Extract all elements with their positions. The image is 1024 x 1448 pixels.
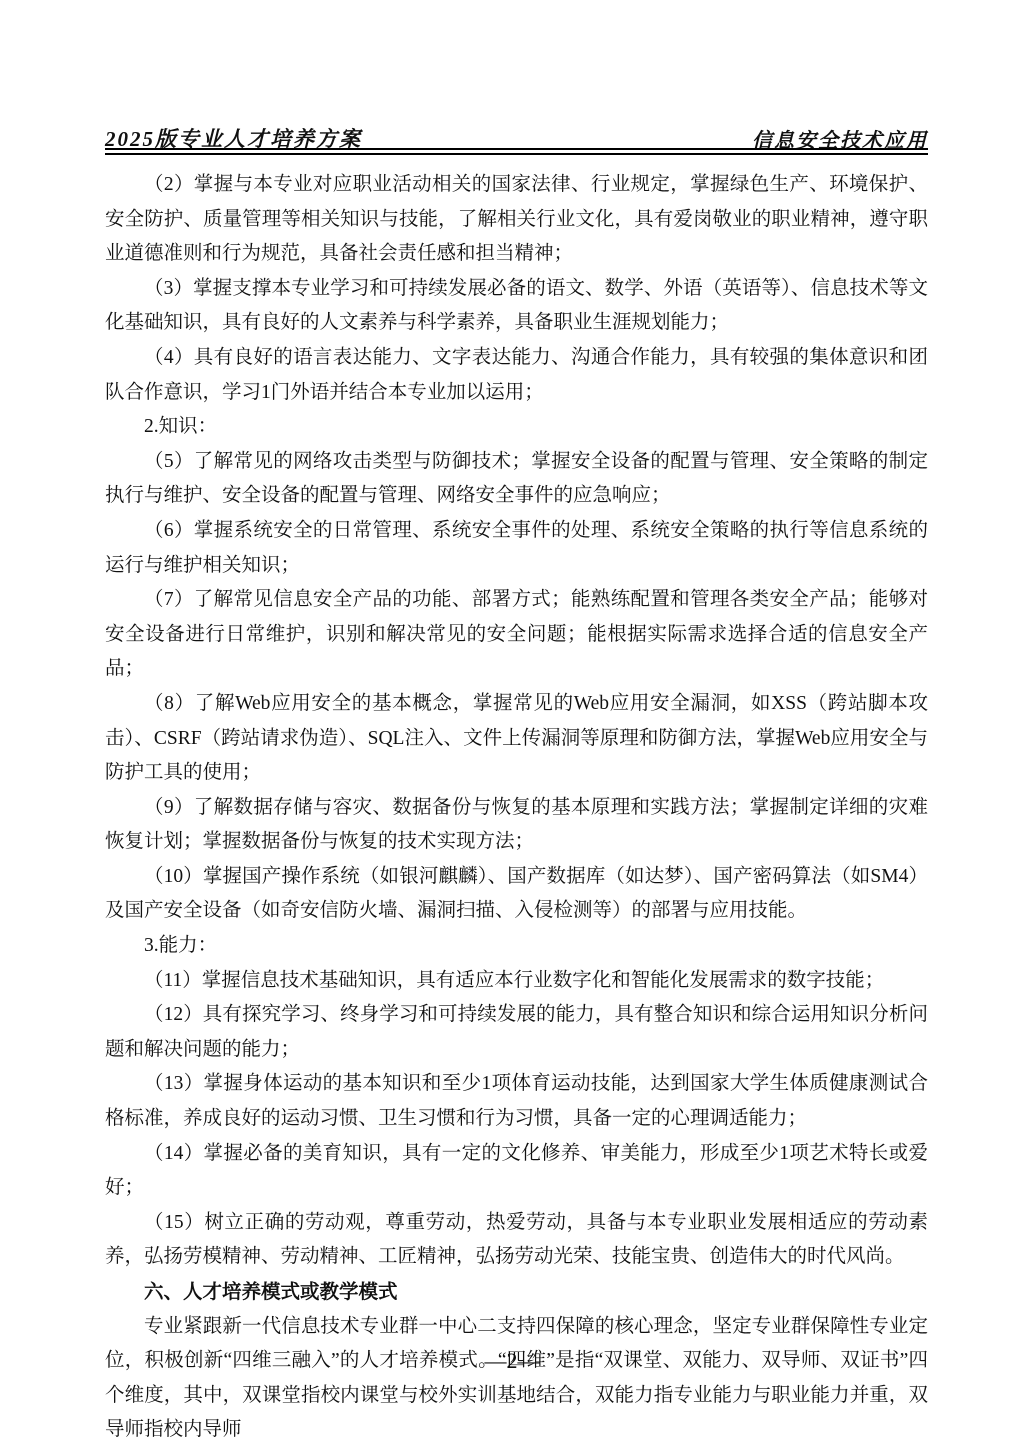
paragraph: （11）掌握信息技术基础知识，具有适应本行业数字化和智能化发展需求的数字技能； (105, 964, 928, 999)
paragraph: （8）了解Web应用安全的基本概念，掌握常见的Web应用安全漏洞，如XSS（跨站… (105, 687, 928, 791)
paragraph: 3.能力： (105, 929, 928, 964)
paragraph: （9）了解数据存储与容灾、数据备份与恢复的基本原理和实践方法；掌握制定详细的灾难… (105, 791, 928, 860)
paragraph: （13）掌握身体运动的基本知识和至少1项体育运动技能，达到国家大学生体质健康测试… (105, 1067, 928, 1136)
paragraph: （7）了解常见信息安全产品的功能、部署方式；能熟练配置和管理各类安全产品；能够对… (105, 583, 928, 687)
section-heading: 六、人才培养模式或教学模式 (105, 1275, 928, 1310)
document-body: （2）掌握与本专业对应职业活动相关的国家法律、行业规定，掌握绿色生产、环境保护、… (105, 168, 928, 1448)
paragraph: （6）掌握系统安全的日常管理、系统安全事件的处理、系统安全策略的执行等信息系统的… (105, 514, 928, 583)
paragraph: （3）掌握支撑本专业学习和可持续发展必备的语文、数学、外语（英语等）、信息技术等… (105, 272, 928, 341)
paragraph: （4）具有良好的语言表达能力、文字表达能力、沟通合作能力，具有较强的集体意识和团… (105, 341, 928, 410)
paragraph: （15）树立正确的劳动观，尊重劳动，热爱劳动，具备与本专业职业发展相适应的劳动素… (105, 1206, 928, 1275)
paragraph: 专业紧跟新一代信息技术专业群一中心二支持四保障的核心理念，坚定专业群保障性专业定… (105, 1310, 928, 1448)
page-footer: —2— (0, 1348, 1024, 1374)
paragraph: （10）掌握国产操作系统（如银河麒麟）、国产数据库（如达梦）、国产密码算法（如S… (105, 860, 928, 929)
paragraph: （12）具有探究学习、终身学习和可持续发展的能力，具有整合知识和综合运用知识分析… (105, 998, 928, 1067)
paragraph: 2.知识： (105, 410, 928, 445)
document-page: 2025版专业人才培养方案 信息安全技术应用 （2）掌握与本专业对应职业活动相关… (0, 0, 1024, 1448)
paragraph: （14）掌握必备的美育知识，具有一定的文化修养、审美能力，形成至少1项艺术特长或… (105, 1137, 928, 1206)
page-number: —2— (485, 1348, 540, 1373)
paragraph: （5）了解常见的网络攻击类型与防御技术；掌握安全设备的配置与管理、安全策略的制定… (105, 445, 928, 514)
paragraph: （2）掌握与本专业对应职业活动相关的国家法律、行业规定，掌握绿色生产、环境保护、… (105, 168, 928, 272)
header-double-rule (105, 148, 928, 155)
